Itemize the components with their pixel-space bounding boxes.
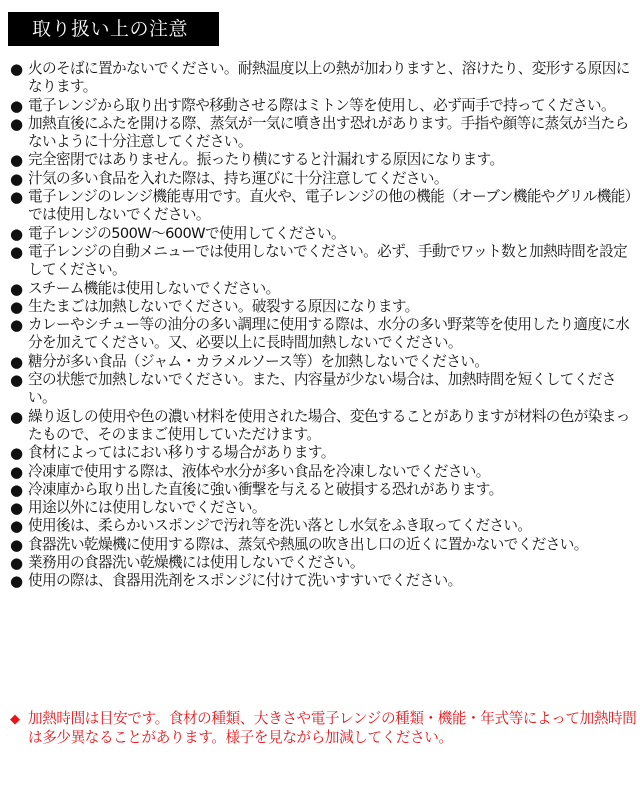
list-item: ●食材によってはにおい移りする場合があります。 <box>10 444 636 462</box>
list-item-text: 電子レンジのレンジ機能専用です。直火や、電子レンジの他の機能（オーブン機能やグリ… <box>28 188 631 223</box>
list-item-text: 電子レンジの500W～600Wで使用してください。 <box>28 225 345 242</box>
list-item-text: スチーム機能は使用しないでください。 <box>28 280 280 297</box>
list-item-text: 用途以外には使用しないでください。 <box>28 499 266 516</box>
bullet-icon: ● <box>10 243 23 261</box>
list-item: ●汁気の多い食品を入れた際は、持ち運びに十分注意してください。 <box>10 170 636 188</box>
bullet-icon: ● <box>10 353 23 371</box>
list-item-text: 糖分が多い食品（ジャム・カラメルソース等）を加熱しないでください。 <box>28 353 488 370</box>
list-item-text: 火のそばに置かないでください。耐熱温度以上の熱が加わりますと、溶けたり、変形する… <box>28 60 630 95</box>
list-item: ●電子レンジから取り出す際や移動させる際はミトン等を使用し、必ず両手で持ってくだ… <box>10 97 636 115</box>
list-item: ●使用の際は、食器用洗剤をスポンジに付けて洗いすすいでください。 <box>10 572 636 590</box>
bullet-icon: ● <box>10 554 23 572</box>
list-item-text: 使用後は、柔らかいスポンジで汚れ等を洗い落とし水気をふき取ってください。 <box>28 517 531 534</box>
bullet-icon: ● <box>10 170 23 188</box>
bullet-icon: ● <box>10 225 23 243</box>
bullet-icon: ● <box>10 499 23 517</box>
bullet-icon: ● <box>10 316 23 334</box>
list-item: ●糖分が多い食品（ジャム・カラメルソース等）を加熱しないでください。 <box>10 353 636 371</box>
bullet-icon: ● <box>10 536 23 554</box>
list-item: ●電子レンジの500W～600Wで使用してください。 <box>10 225 636 243</box>
list-item: ●完全密閉ではありません。振ったり横にすると汁漏れする原因になります。 <box>10 151 636 169</box>
list-item: ●加熱直後にふたを開ける際、蒸気が一気に噴き出す恐れがあります。手指や顔等に蒸気… <box>10 115 636 152</box>
bullet-icon: ● <box>10 115 23 133</box>
list-item-text: 食器洗い乾燥機に使用する際は、蒸気や熱風の吹き出し口の近くに置かないでください。 <box>28 536 588 553</box>
list-item: ●冷凍庫から取り出した直後に強い衝撃を与えると破損する恐れがあります。 <box>10 481 636 499</box>
bullet-icon: ● <box>10 97 23 115</box>
list-item: ●使用後は、柔らかいスポンジで汚れ等を洗い落とし水気をふき取ってください。 <box>10 517 636 535</box>
list-item: ●スチーム機能は使用しないでください。 <box>10 280 636 298</box>
list-item: ●用途以外には使用しないでください。 <box>10 499 636 517</box>
list-item-text: 空の状態で加熱しないでください。また、内容量が少ない場合は、加熱時間を短くしてく… <box>28 371 616 406</box>
list-item-text: 電子レンジから取り出す際や移動させる際はミトン等を使用し、必ず両手で持ってくださ… <box>28 97 615 114</box>
heating-time-warning: ◆加熱時間は目安です。食材の種類、大きさや電子レンジの種類・機能・年式等によって… <box>10 710 638 747</box>
list-item-text: 加熱直後にふたを開ける際、蒸気が一気に噴き出す恐れがあります。手指や顔等に蒸気が… <box>28 115 629 150</box>
bullet-icon: ● <box>10 463 23 481</box>
list-item: ●空の状態で加熱しないでください。また、内容量が少ない場合は、加熱時間を短くして… <box>10 371 636 408</box>
list-item-text: 繰り返しの使用や色の濃い材料を使用された場合、変色することがありますが材料の色が… <box>28 408 630 443</box>
bullet-icon: ● <box>10 408 23 426</box>
bullet-icon: ● <box>10 517 23 535</box>
bullet-icon: ● <box>10 444 23 462</box>
bullet-icon: ● <box>10 60 23 78</box>
list-item-text: 冷凍庫から取り出した直後に強い衝撃を与えると破損する恐れがあります。 <box>28 481 503 498</box>
bullet-icon: ● <box>10 151 23 169</box>
list-item: ●火のそばに置かないでください。耐熱温度以上の熱が加わりますと、溶けたり、変形す… <box>10 60 636 97</box>
list-item: ●電子レンジの自動メニューでは使用しないでください。必ず、手動でワット数と加熱時… <box>10 243 636 280</box>
list-item: ●食器洗い乾燥機に使用する際は、蒸気や熱風の吹き出し口の近くに置かないでください… <box>10 536 636 554</box>
bullet-icon: ● <box>10 481 23 499</box>
list-item-text: 使用の際は、食器用洗剤をスポンジに付けて洗いすすいでください。 <box>28 572 462 589</box>
section-title: 取り扱い上の注意 <box>8 12 219 46</box>
list-item-text: 生たまごは加熱しないでください。破裂する原因になります。 <box>28 298 419 315</box>
list-item-text: 汁気の多い食品を入れた際は、持ち運びに十分注意してください。 <box>28 170 448 187</box>
warning-text: 加熱時間は目安です。食材の種類、大きさや電子レンジの種類・機能・年式等によって加… <box>28 710 636 746</box>
list-item-text: 食材によってはにおい移りする場合があります。 <box>28 444 335 461</box>
list-item: ●繰り返しの使用や色の濃い材料を使用された場合、変色することがありますが材料の色… <box>10 408 636 445</box>
bullet-icon: ● <box>10 298 23 316</box>
list-item: ●カレーやシチュー等の油分の多い調理に使用する際は、水分の多い野菜等を使用したり… <box>10 316 636 353</box>
list-item-text: 冷凍庫で使用する際は、液体や水分が多い食品を冷凍しないでください。 <box>28 463 490 480</box>
list-item-text: 完全密閉ではありません。振ったり横にすると汁漏れする原因になります。 <box>28 151 504 168</box>
list-item: ●電子レンジのレンジ機能専用です。直火や、電子レンジの他の機能（オーブン機能やグ… <box>10 188 636 225</box>
bullet-icon: ● <box>10 572 23 590</box>
list-item: ●冷凍庫で使用する際は、液体や水分が多い食品を冷凍しないでください。 <box>10 463 636 481</box>
list-item: ●業務用の食器洗い乾燥機には使用しないでください。 <box>10 554 636 572</box>
section-title-text: 取り扱い上の注意 <box>32 18 188 40</box>
precautions-list: ●火のそばに置かないでください。耐熱温度以上の熱が加わりますと、溶けたり、変形す… <box>10 60 636 591</box>
list-item-text: カレーやシチュー等の油分の多い調理に使用する際は、水分の多い野菜等を使用したり適… <box>28 316 629 351</box>
bullet-icon: ● <box>10 280 23 298</box>
diamond-icon: ◆ <box>10 711 20 729</box>
bullet-icon: ● <box>10 188 23 206</box>
bullet-icon: ● <box>10 371 23 389</box>
list-item-text: 業務用の食器洗い乾燥機には使用しないでください。 <box>28 554 364 571</box>
list-item: ●生たまごは加熱しないでください。破裂する原因になります。 <box>10 298 636 316</box>
list-item-text: 電子レンジの自動メニューでは使用しないでください。必ず、手動でワット数と加熱時間… <box>28 243 627 278</box>
